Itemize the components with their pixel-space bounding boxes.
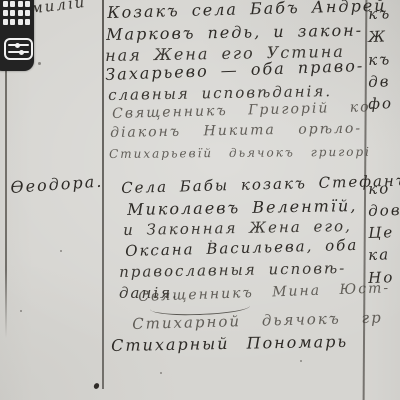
grid-view-icon[interactable] (3, 1, 30, 25)
margin-fragment: къ (368, 6, 391, 22)
margin-fragment: дов (368, 203, 400, 219)
entry2-child-name: Ѳеодора. (10, 174, 104, 196)
entry2-body-line: и Законная Жена его, (123, 219, 352, 238)
entry2-clergy-line: Стихарной дьячокъ гр (132, 310, 383, 332)
ink-blot (93, 382, 100, 390)
entry2-clergy-line: Стихарный Пономарь (111, 334, 348, 354)
margin-fragment: фо (368, 96, 393, 112)
margin-fragment: Но (368, 270, 395, 286)
entry1-clergy-line: діаконъ Никита орѣло- (110, 122, 362, 140)
margin-fragment: ка (368, 247, 390, 263)
entry1-clergy-line: Стихарьевїй дьячокъ григорі (109, 146, 371, 160)
entry2-body-line: православныя исповѣ- (119, 261, 346, 280)
margin-fragment: дв (368, 74, 391, 90)
entry2-body-line: Села Бабы козакъ Стефанъ (121, 173, 400, 195)
ink-speck (160, 372, 162, 374)
adjustments-icon[interactable] (4, 38, 33, 60)
ink-speck (60, 250, 62, 252)
entry1-body-line: Марковъ педь, и закон- (106, 23, 363, 43)
margin-fragment: къ (368, 52, 391, 68)
viewer-toolbar (0, 0, 34, 71)
ink-speck (300, 360, 302, 362)
ink-speck (210, 240, 212, 242)
entry2-body-line: Миколаевъ Велентїй, (127, 198, 357, 218)
register-page-scan: рмилїй Козакъ села Бабъ Андрей Марковъ п… (0, 0, 400, 400)
column-rule-middle (102, 0, 104, 389)
margin-fragment: ко (368, 181, 391, 197)
ink-speck (38, 62, 41, 65)
ink-speck (20, 310, 22, 312)
entry1-body-line: Козакъ села Бабъ Андрей (107, 0, 387, 21)
margin-fragment: Ж (368, 29, 387, 45)
margin-fragment: Це (368, 225, 394, 241)
entry2-body-line: Оксана Васильева, оба (125, 238, 358, 259)
